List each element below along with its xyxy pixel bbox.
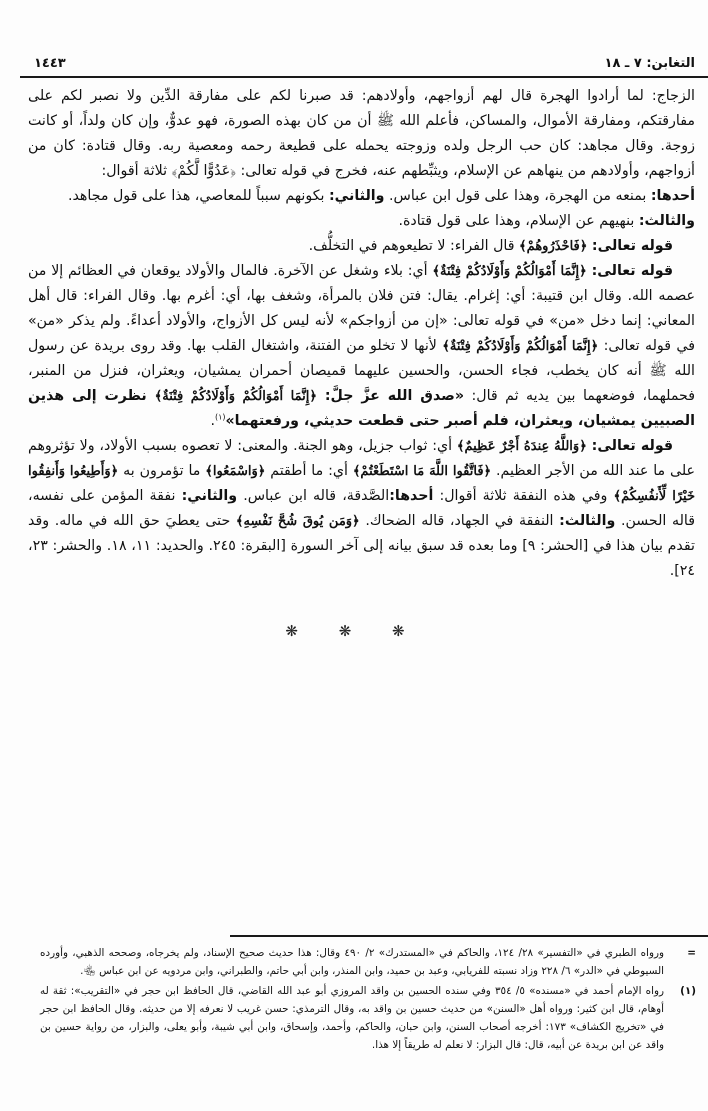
- opinion-label: أحدها:: [651, 188, 695, 204]
- paragraph-text: بمنعه من الهجرة، وهذا على قول ابن عباس.: [384, 188, 650, 204]
- header-rule: [20, 76, 708, 78]
- footnote-1: (١) رواه الإمام أحمد في «مسنده» ٥/ ٣٥٤ و…: [40, 982, 696, 1054]
- quran-quote: ﴿وَاسْمَعُوا﴾: [205, 464, 265, 479]
- paragraph-text: النفقة في الجهاد، قاله الضحاك.: [360, 513, 559, 529]
- footnote-text: ورواه الطبري في «التفسير» ٢٨/ ١٢٤، والحا…: [40, 944, 664, 980]
- paragraph-1: الزجاج: لما أرادوا الهجرة قال لهم أزواجه…: [28, 84, 695, 184]
- opinion-label: والثالث:: [559, 513, 615, 529]
- verse-intro-label: قوله تعالى:: [592, 438, 673, 454]
- paragraph-2: أحدها: بمنعه من الهجرة، وهذا على قول ابن…: [28, 184, 695, 209]
- quran-quote: ﴿وَمَن يُوقَ شُحَّ نَفْسِهِ﴾: [236, 514, 360, 529]
- quran-quote: ﴿إِنَّمَا أَمْوَالُكُمْ وَأَوْلَادُكُمْ …: [428, 264, 592, 279]
- hadith-quote: «صدق الله عزَّ جلَّ:: [317, 388, 464, 404]
- footnote-text: رواه الإمام أحمد في «مسنده» ٥/ ٣٥٤ وفي س…: [40, 982, 664, 1054]
- opinion-label: والثاني:: [182, 488, 237, 504]
- section-divider-stars: ❋ ❋ ❋: [0, 622, 708, 640]
- paragraph-text: قال الفراء: لا تطيعوهم في التخلُّف.: [309, 238, 515, 254]
- verse-intro-label: قوله تعالى:: [592, 238, 673, 254]
- paragraph-3: والثالث: بنهيهم عن الإسلام، وهذا على قول…: [28, 209, 695, 234]
- paragraph-text: بنهيهم عن الإسلام، وهذا على قول قتادة.: [398, 213, 638, 229]
- footnote-rule: [230, 935, 708, 937]
- running-header: التغابن: ٧ ـ ١٨ ١٤٤٣: [34, 52, 695, 74]
- paragraph-text: الزجاج: لما أرادوا الهجرة قال لهم أزواجه…: [28, 88, 695, 179]
- opinion-label: والثاني:: [329, 188, 384, 204]
- paragraph-6: قوله تعالى: ﴿وَاللَّهُ عِندَهُ أَجْرٌ عَ…: [28, 434, 695, 584]
- page-number: ١٤٤٣: [34, 56, 66, 71]
- opinion-label: أحدها:: [389, 488, 433, 504]
- paragraph-4: قوله تعالى: ﴿فَاحْذَرُوهُمْ﴾ قال الفراء:…: [28, 234, 695, 259]
- paragraph-text: بكونهم سبباً للمعاصي، هذا على قول مجاهد.: [68, 188, 329, 204]
- verse-intro-label: قوله تعالى:: [592, 263, 673, 279]
- main-text: الزجاج: لما أرادوا الهجرة قال لهم أزواجه…: [28, 84, 695, 584]
- book-page: التغابن: ٧ ـ ١٨ ١٤٤٣ الزجاج: لما أرادوا …: [0, 0, 708, 1111]
- quran-quote: ﴿فَاتَّقُوا اللَّهَ مَا اسْتَطَعْتُمْ﴾: [353, 464, 491, 479]
- surah-range: التغابن: ٧ ـ ١٨: [605, 56, 695, 71]
- quran-quote: ﴿وَاللَّهُ عِندَهُ أَجْرٌ عَظِيمٌ﴾: [452, 439, 592, 454]
- footnote-reference[interactable]: (١): [215, 412, 226, 421]
- paragraph-5: قوله تعالى: ﴿إِنَّمَا أَمْوَالُكُمْ وَأَ…: [28, 259, 695, 434]
- opinion-label: والثالث:: [639, 213, 695, 229]
- quran-quote: ﴿فَاحْذَرُوهُمْ﴾: [515, 239, 592, 254]
- quran-quote: ﴿إِنَّمَا أَمْوَالُكُمْ وَأَوْلَادُكُمْ …: [155, 389, 317, 404]
- paragraph-text: وفي هذه النفقة ثلاثة أقوال:: [433, 488, 613, 504]
- footnotes: = ورواه الطبري في «التفسير» ٢٨/ ١٢٤، وال…: [40, 944, 696, 1056]
- paragraph-text: أي: ما أطقتم: [265, 463, 352, 479]
- paragraph-text: ما تؤمرون به: [118, 463, 205, 479]
- footnote-continued: = ورواه الطبري في «التفسير» ٢٨/ ١٢٤، وال…: [40, 944, 696, 980]
- footnote-marker: (١): [670, 982, 696, 1000]
- footnote-marker: =: [670, 944, 696, 962]
- quran-quote: ﴿إِنَّمَا أَمْوَالُكُمْ وَأَوْلَادُكُمْ …: [442, 339, 598, 354]
- paragraph-text: الصَّدقة، قاله ابن عباس.: [237, 488, 389, 504]
